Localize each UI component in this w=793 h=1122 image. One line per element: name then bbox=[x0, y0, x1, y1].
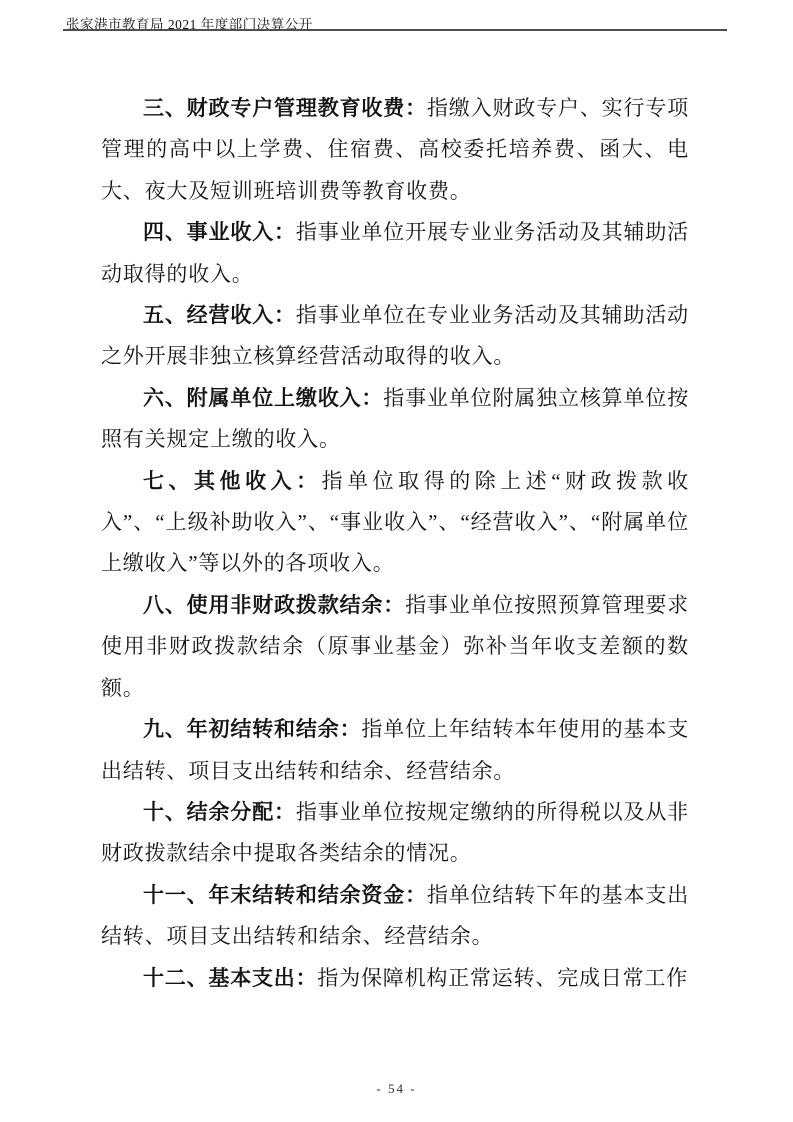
paragraph-lead: 七、其他收入： bbox=[143, 469, 322, 493]
paragraph-lead: 四、事业收入： bbox=[143, 220, 296, 244]
page-number: - 54 - bbox=[0, 1081, 793, 1097]
paragraph-lead: 五、经营收入： bbox=[143, 303, 296, 327]
paragraph-lead: 十一、年末结转和结余资金： bbox=[143, 883, 427, 907]
paragraph: 六、附属单位上缴收入：指事业单位附属独立核算单位按照有关规定上缴的收入。 bbox=[101, 378, 689, 461]
paragraph: 五、经营收入：指事业单位在专业业务活动及其辅助活动之外开展非独立核算经营活动取得… bbox=[101, 295, 689, 378]
paragraph: 十、结余分配：指事业单位按规定缴纳的所得税以及从非财政拨款结余中提取各类结余的情… bbox=[101, 792, 689, 875]
paragraph-lead: 六、附属单位上缴收入： bbox=[143, 386, 383, 410]
paragraph-lead: 十、结余分配： bbox=[143, 800, 296, 824]
paragraph: 十二、基本支出：指为保障机构正常运转、完成日常工作 bbox=[101, 958, 689, 999]
paragraph: 四、事业收入：指事业单位开展专业业务活动及其辅助活动取得的收入。 bbox=[101, 212, 689, 295]
paragraph: 七、其他收入：指单位取得的除上述“财政拨款收入”、“上级补助收入”、“事业收入”… bbox=[101, 461, 689, 585]
paragraph-text: 指为保障机构正常运转、完成日常工作 bbox=[317, 966, 688, 990]
paragraph-lead: 三、财政专户管理教育收费： bbox=[143, 96, 427, 120]
paragraph-lead: 八、使用非财政拨款结余： bbox=[143, 593, 405, 617]
document-page: 张家港市教育局 2021 年度部门决算公开 三、财政专户管理教育收费：指缴入财政… bbox=[0, 0, 793, 1122]
paragraph: 八、使用非财政拨款结余：指事业单位按照预算管理要求使用非财政拨款结余（原事业基金… bbox=[101, 585, 689, 709]
paragraph: 九、年初结转和结余：指单位上年结转本年使用的基本支出结转、项目支出结转和结余、经… bbox=[101, 709, 689, 792]
header-rule bbox=[63, 29, 727, 31]
paragraph: 十一、年末结转和结余资金：指单位结转下年的基本支出结转、项目支出结转和结余、经营… bbox=[101, 875, 689, 958]
document-body: 三、财政专户管理教育收费：指缴入财政专户、实行专项管理的高中以上学费、住宿费、高… bbox=[101, 88, 689, 999]
paragraph: 三、财政专户管理教育收费：指缴入财政专户、实行专项管理的高中以上学费、住宿费、高… bbox=[101, 88, 689, 212]
paragraph-lead: 十二、基本支出： bbox=[143, 966, 317, 990]
paragraph-lead: 九、年初结转和结余： bbox=[143, 717, 361, 741]
